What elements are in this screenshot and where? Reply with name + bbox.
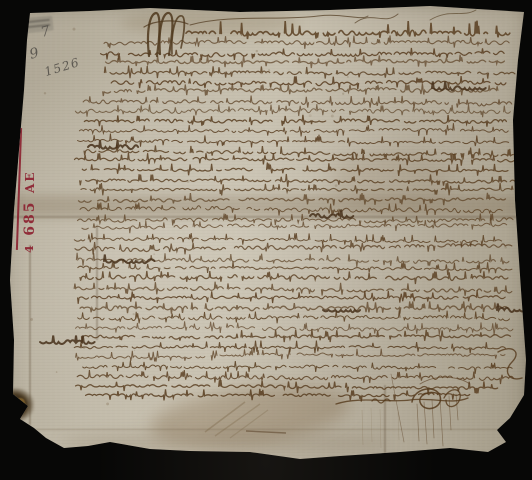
edge-vignette — [0, 0, 532, 480]
scan-background: 7 29 1526 4 685 AE — [0, 0, 532, 480]
parchment: 7 29 1526 4 685 AE — [0, 0, 532, 480]
